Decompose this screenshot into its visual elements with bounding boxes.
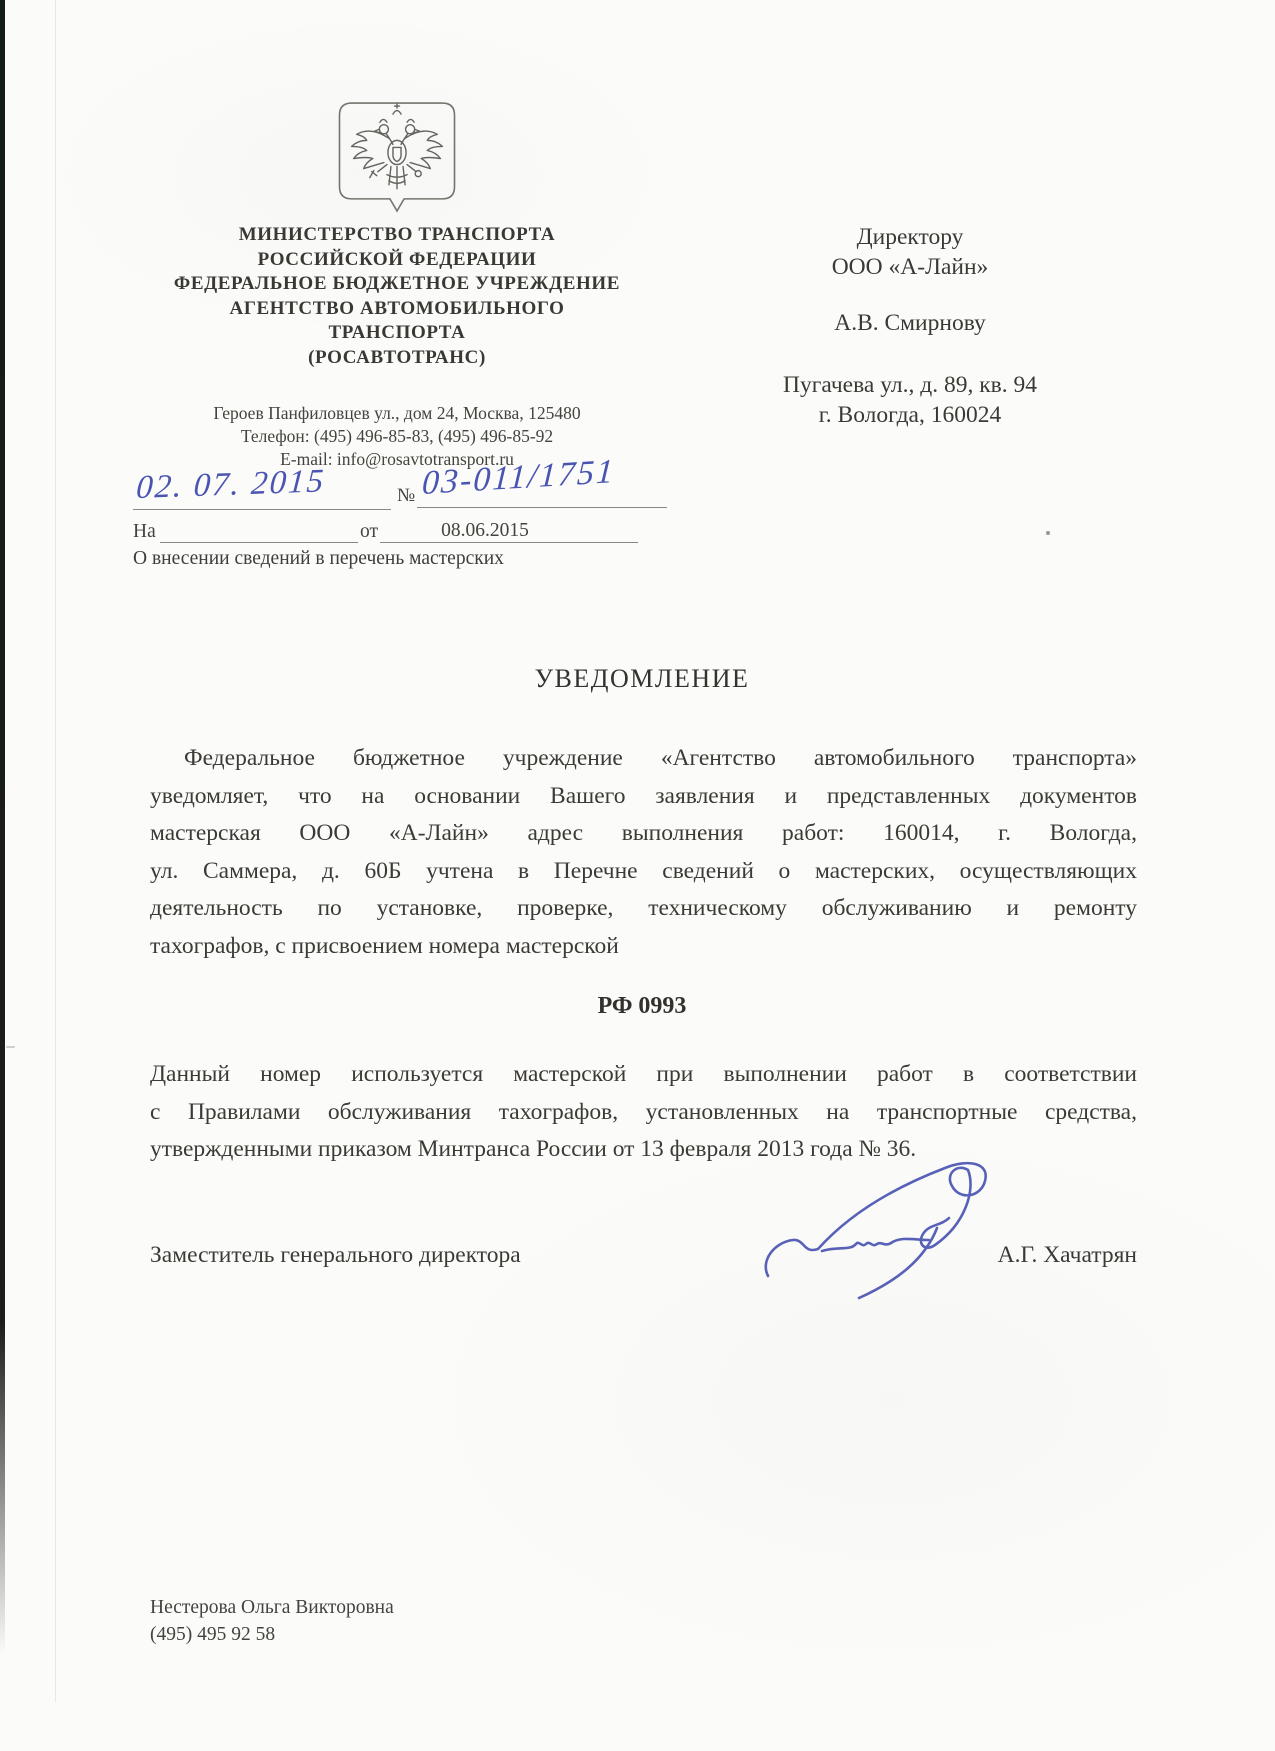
document-title: УВЕДОМЛЕНИЕ xyxy=(0,664,1275,694)
executor-phone: (495) 495 92 58 xyxy=(150,1621,394,1648)
body-line: уведомляет, что на основании Вашего заяв… xyxy=(150,778,1137,816)
paper-crease-line xyxy=(55,0,56,1702)
signer-position-title: Заместитель генерального директора xyxy=(150,1242,521,1269)
executor-name: Нестерова Ольга Викторовна xyxy=(150,1594,394,1621)
letterhead-org-block: МИНИСТЕРСТВО ТРАНСПОРТА РОССИЙСКОЙ ФЕДЕР… xyxy=(133,100,661,471)
handwritten-date: 02. 07. 2015 xyxy=(135,463,326,507)
body-line: ул. Саммера, д. 60Б учтена в Перечне све… xyxy=(150,853,1137,891)
scan-speck xyxy=(6,1046,15,1048)
na-label: На xyxy=(133,521,160,543)
workshop-number: РФ 0993 xyxy=(0,993,1275,1020)
org-name-line: (РОСАВТОТРАНС) xyxy=(133,346,661,371)
signer-name: А.Г. Хачатрян xyxy=(930,1242,1137,1269)
recipient-person: А.В. Смирнову xyxy=(700,308,1120,338)
org-name-line: ТРАНСПОРТА xyxy=(133,321,661,346)
org-address: Героев Панфиловцев ул., дом 24, Москва, … xyxy=(133,402,661,425)
body-paragraph-1: Федеральное бюджетное учреждение «Агентс… xyxy=(150,740,1137,966)
outgoing-number-field: 03-011/1751 xyxy=(417,457,667,508)
incoming-date-value: 08.06.2015 xyxy=(380,520,590,543)
recipient-city: г. Вологда, 160024 xyxy=(700,400,1120,430)
number-sign: № xyxy=(397,485,415,507)
body-line: с Правилами обслуживания тахографов, уст… xyxy=(150,1094,1137,1132)
subject-line: О внесении сведений в перечень мастерски… xyxy=(133,548,693,570)
incoming-date-blank xyxy=(590,542,638,543)
scan-speck xyxy=(1046,531,1050,535)
scanned-letter-page: МИНИСТЕРСТВО ТРАНСПОРТА РОССИЙСКОЙ ФЕДЕР… xyxy=(0,0,1275,1751)
scan-edge-artifact xyxy=(0,0,5,1655)
incoming-reference-row: На от 08.06.2015 xyxy=(133,520,638,543)
outgoing-date-field: 02. 07. 2015 xyxy=(133,463,391,510)
org-name-line: РОССИЙСКОЙ ФЕДЕРАЦИИ xyxy=(133,248,661,273)
incoming-number-blank xyxy=(160,542,358,543)
handwritten-signature-icon xyxy=(738,1128,1020,1320)
org-name-line: ФЕДЕРАЛЬНОЕ БЮДЖЕТНОЕ УЧРЕЖДЕНИЕ xyxy=(133,272,661,297)
recipient-street: Пугачева ул., д. 89, кв. 94 xyxy=(700,370,1120,400)
ot-label: от xyxy=(358,521,380,543)
recipient-role: Директору xyxy=(700,222,1120,252)
recipient-block: Директору ООО «А-Лайн» А.В. Смирнову Пуг… xyxy=(700,222,1120,430)
body-line: мастерская ООО «А-Лайн» адрес выполнения… xyxy=(150,815,1137,853)
outgoing-reference-row: 02. 07. 2015 № 03-011/1751 xyxy=(133,458,663,510)
executor-contact-block: Нестерова Ольга Викторовна (495) 495 92 … xyxy=(150,1594,394,1648)
body-line: Федеральное бюджетное учреждение «Агентс… xyxy=(150,740,1137,778)
body-line: Данный номер используется мастерской при… xyxy=(150,1056,1137,1094)
russia-coat-of-arms-icon xyxy=(336,100,458,213)
org-phone: Телефон: (495) 496-85-83, (495) 496-85-9… xyxy=(133,425,661,448)
body-line: деятельность по установке, проверке, тех… xyxy=(150,890,1137,928)
org-name-line: АГЕНТСТВО АВТОМОБИЛЬНОГО xyxy=(133,297,661,322)
body-line: тахографов, с присвоением номера мастерс… xyxy=(150,928,1137,966)
recipient-company: ООО «А-Лайн» xyxy=(700,252,1120,282)
handwritten-number: 03-011/1751 xyxy=(421,453,616,503)
org-name-line: МИНИСТЕРСТВО ТРАНСПОРТА xyxy=(133,223,661,248)
